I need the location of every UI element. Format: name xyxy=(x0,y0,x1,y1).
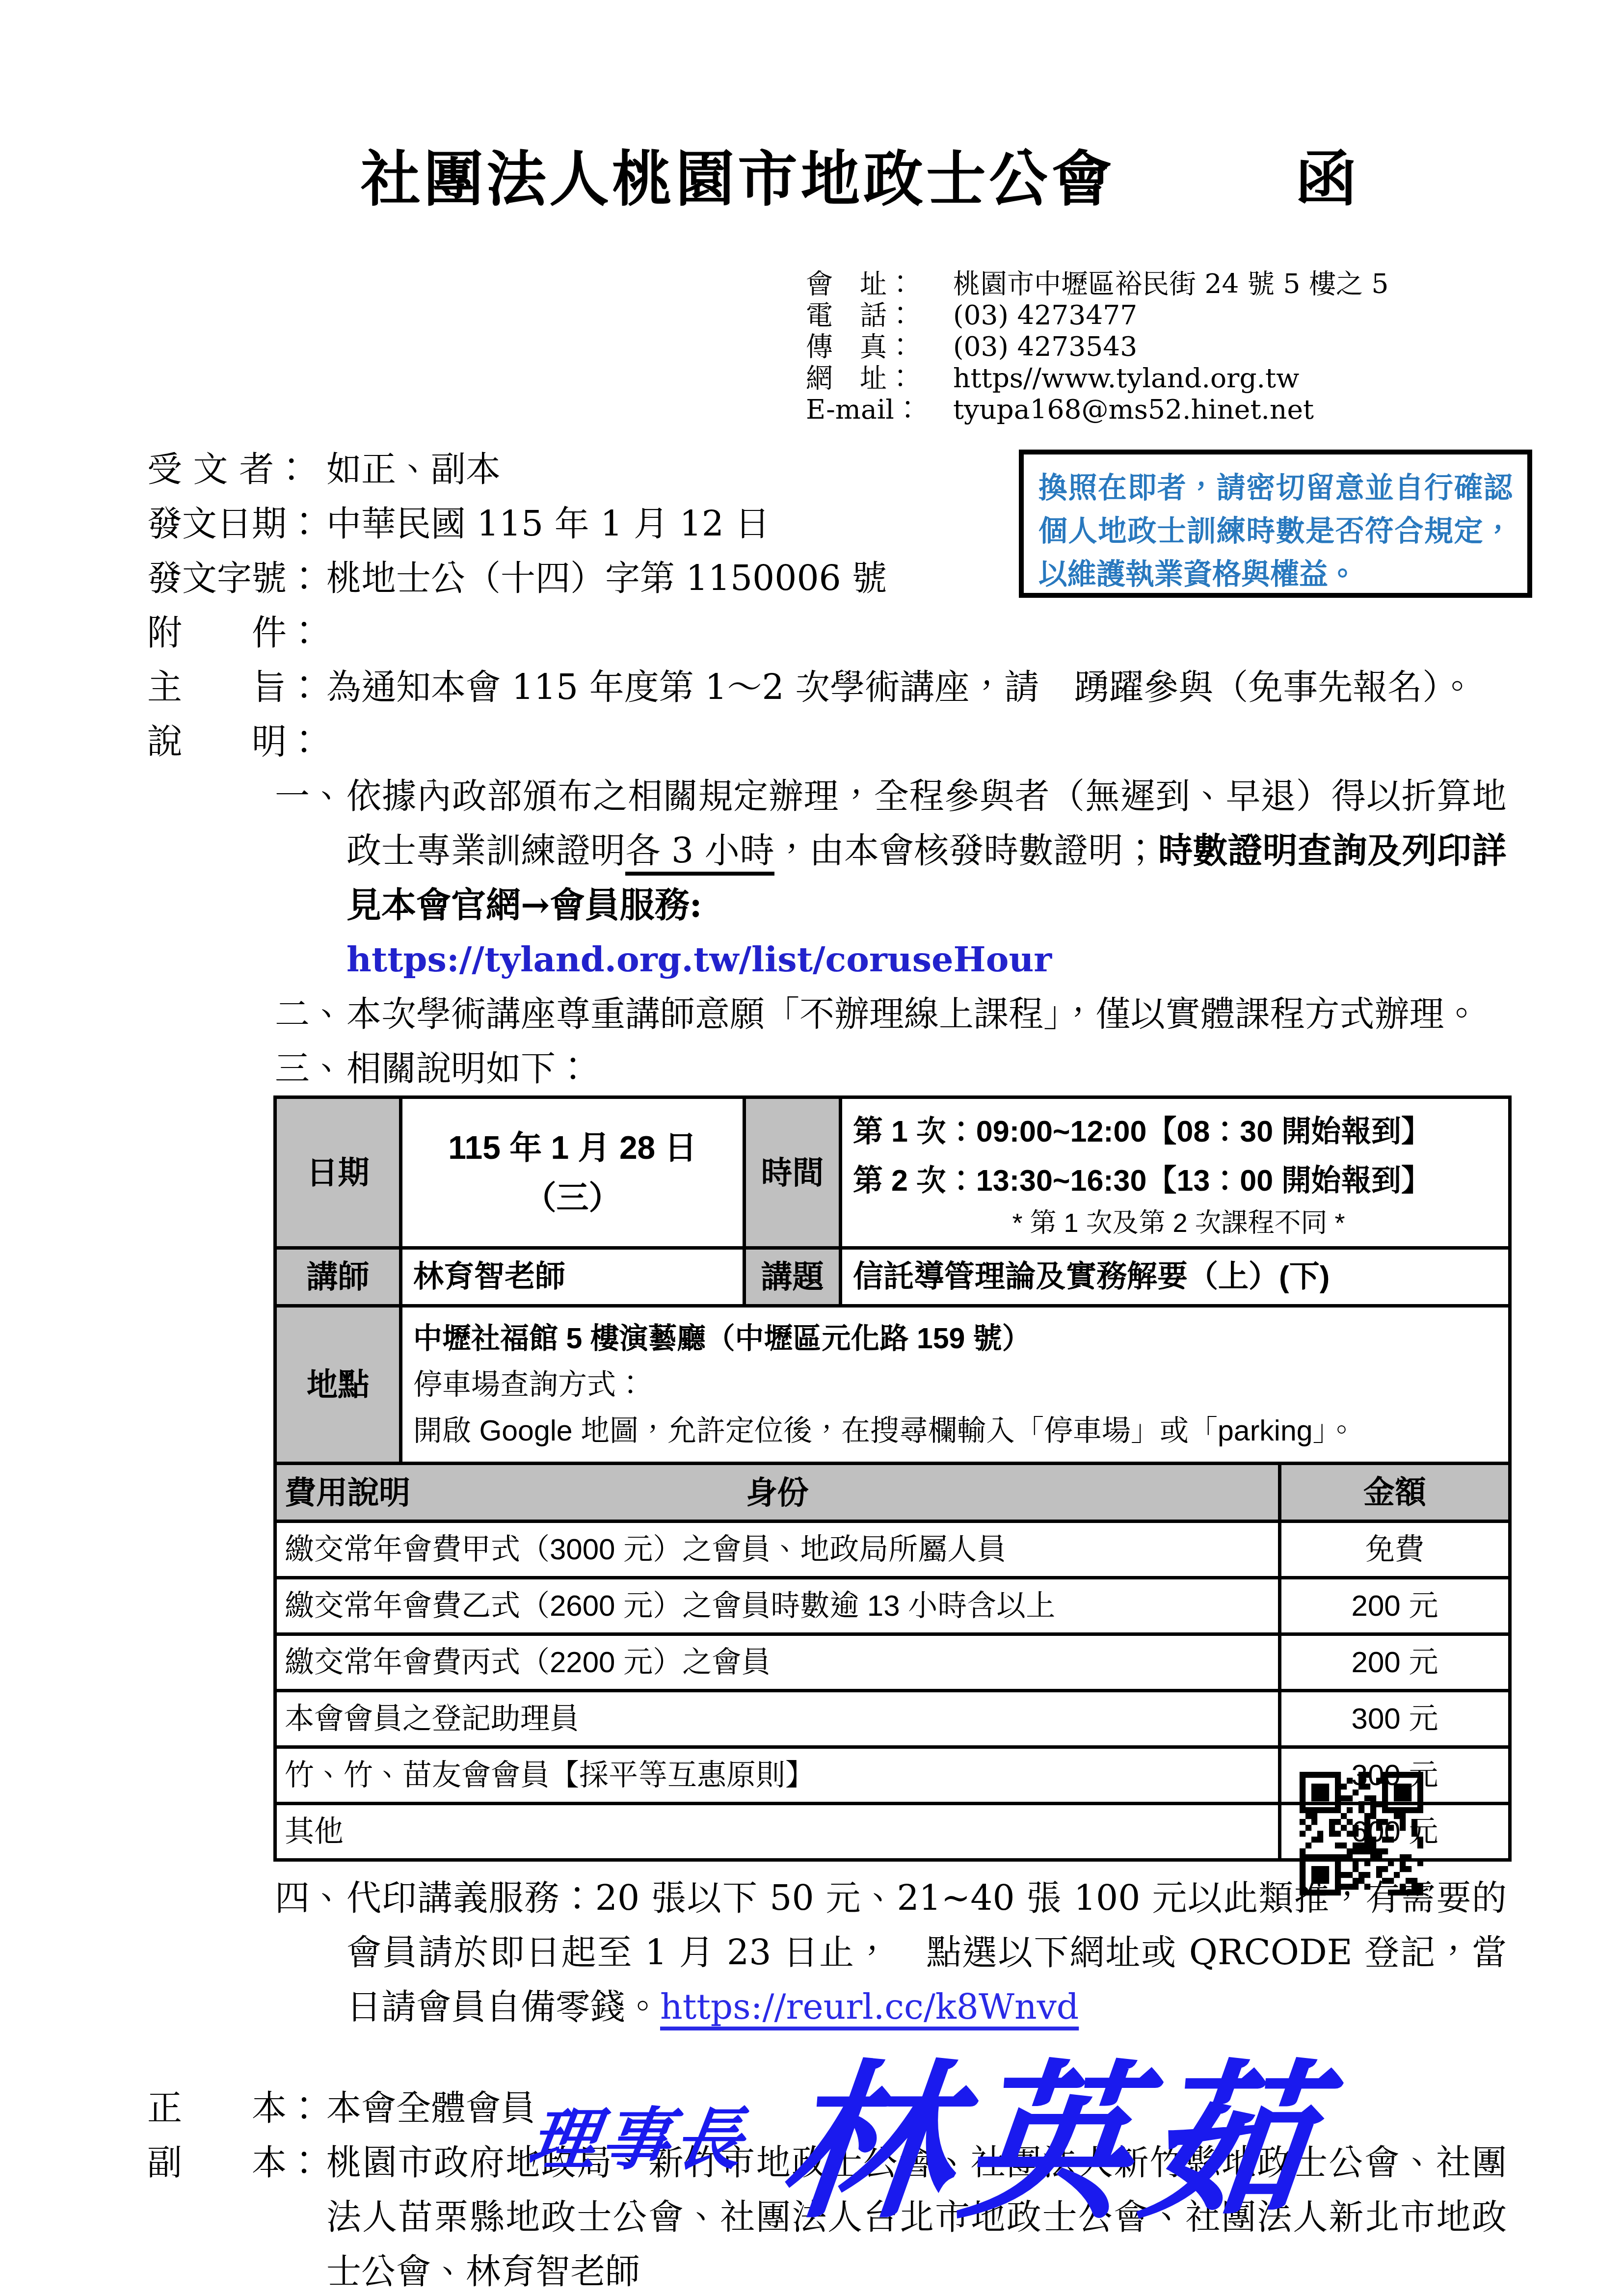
contact-phone-label: 電 話： xyxy=(806,299,953,331)
venue-line1: 中壢社福館 5 樓演藝廳（中壢區元化路 159 號） xyxy=(413,1315,1497,1362)
date-line1: 115 年 1 月 28 日 xyxy=(402,1122,743,1173)
contact-website-label: 網 址： xyxy=(806,362,953,394)
chairman-title: 理事長 xyxy=(523,2085,755,2183)
issue-date-row: 發文日期： 中華民國 115 年 1 月 12 日 xyxy=(147,496,1507,551)
fee-amount: 免費 xyxy=(1280,1522,1510,1578)
qr-code xyxy=(1300,1772,1423,1896)
subject-label: 主 旨： xyxy=(147,660,326,714)
attachment-label: 附 件： xyxy=(147,605,326,660)
attachment-row: 附 件： xyxy=(147,605,1507,660)
fee-row-1: 繳交常年會費甲式（3000 元）之會員、地政局所屬人員 免費 xyxy=(275,1522,1510,1578)
contact-email-line: E-mail： tyupa168@ms52.hinet.net xyxy=(806,394,1388,425)
carbon-copy-label: 副 本： xyxy=(147,2135,326,2296)
letter-body: 受 文 者： 如正、副本 發文日期： 中華民國 115 年 1 月 12 日 發… xyxy=(147,442,1507,2296)
contact-fax-line: 傳 真： (03) 4273543 xyxy=(806,331,1388,362)
fee-header-identity-cell: 費用說明 身份 xyxy=(275,1464,1280,1522)
time-session-1: 第 1 次：09:00~12:00【08：30 開始報到】 xyxy=(853,1107,1504,1156)
topic-value-cell: 信託導管理論及實務解要（上）(下) xyxy=(841,1248,1510,1306)
item-1-number: 一、 xyxy=(275,769,346,987)
fee-header-amount-cell: 金額 xyxy=(1280,1464,1510,1522)
fee-row-4: 本會會員之登記助理員 300 元 xyxy=(275,1691,1510,1747)
contact-phone-value: (03) 4273477 xyxy=(953,299,1137,331)
subject-value: 為通知本會 115 年度第 1～2 次學術講座，請 踴躍參與（免事先報名）。 xyxy=(326,660,1507,714)
issue-date-value: 中華民國 115 年 1 月 12 日 xyxy=(326,496,1507,551)
lecturer-header-cell: 講師 xyxy=(275,1248,401,1306)
date-value-cell: 115 年 1 月 28 日 （三） xyxy=(401,1097,745,1248)
handout-registration-link[interactable]: https://reurl.cc/k8Wnvd xyxy=(660,1986,1079,2027)
doc-type: 函 xyxy=(1296,141,1356,216)
lecturer-topic-row: 講師 林育智老師 講題 信託導管理論及實務解要（上）(下) xyxy=(275,1248,1510,1306)
item-2-text: 本次學術講座尊重講師意願「不辦理線上課程」，僅以實體課程方式辦理。 xyxy=(346,987,1507,1041)
contact-email-label: E-mail： xyxy=(806,394,953,425)
doc-number-row: 發文字號： 桃地士公（十四）字第 1150006 號 xyxy=(147,551,1507,605)
time-session-2: 第 2 次：13:30~16:30【13：00 開始報到】 xyxy=(853,1156,1504,1205)
item-3-text: 相關說明如下： xyxy=(346,1041,1507,1095)
explanation-item-1: 一、 依據內政部頒布之相關規定辦理，全程參與者（無遲到、早退）得以折算地政士專業… xyxy=(275,769,1507,987)
contact-phone-line: 電 話： (03) 4273477 xyxy=(806,299,1388,331)
signature-block: 理事長 林英茹 xyxy=(530,2054,1323,2232)
letter-title: 社團法人桃園市地政士公會 函 xyxy=(361,141,1356,216)
time-value-cell: 第 1 次：09:00~12:00【08：30 開始報到】 第 2 次：13:3… xyxy=(841,1097,1510,1248)
fee-amount: 200 元 xyxy=(1280,1634,1510,1691)
contact-address-label: 會 址： xyxy=(806,268,953,299)
fee-row-3: 繳交常年會費丙式（2200 元）之會員 200 元 xyxy=(275,1634,1510,1691)
venue-line3: 開啟 Google 地圖，允許定位後，在搜尋欄輸入「停車場」或「parking」… xyxy=(413,1408,1497,1454)
fee-header-desc: 費用說明 xyxy=(285,1465,410,1520)
fee-identity: 本會會員之登記助理員 xyxy=(275,1691,1280,1747)
attachment-value xyxy=(326,605,1507,660)
fee-identity: 繳交常年會費甲式（3000 元）之會員、地政局所屬人員 xyxy=(275,1522,1280,1578)
official-letter-page: { "header": { "org_name": "社團法人桃園市地政士公會"… xyxy=(0,0,1623,2296)
time-header-cell: 時間 xyxy=(745,1097,841,1248)
item-4-number: 四、 xyxy=(275,1870,346,2034)
explanation-label: 說 明： xyxy=(147,714,326,769)
fee-identity: 其他 xyxy=(275,1804,1280,1860)
date-time-row: 日期 115 年 1 月 28 日 （三） 時間 第 1 次：09:00~12:… xyxy=(275,1097,1510,1248)
original-copy-label: 正 本： xyxy=(147,2081,326,2135)
explanation-item-2: 二、 本次學術講座尊重講師意願「不辦理線上課程」，僅以實體課程方式辦理。 xyxy=(275,987,1507,1041)
item-1-segment-mid: ，由本會核發時數證明； xyxy=(774,830,1158,871)
fee-row-2: 繳交常年會費乙式（2600 元）之會員時數逾 13 小時含以上 200 元 xyxy=(275,1578,1510,1634)
fee-identity: 繳交常年會費乙式（2600 元）之會員時數逾 13 小時含以上 xyxy=(275,1578,1280,1634)
recipient-row: 受 文 者： 如正、副本 xyxy=(147,442,1507,496)
venue-value-cell: 中壢社福館 5 樓演藝廳（中壢區元化路 159 號） 停車場查詢方式： 開啟 G… xyxy=(401,1306,1510,1464)
contact-fax-label: 傳 真： xyxy=(806,331,953,362)
topic-header-cell: 講題 xyxy=(745,1248,841,1306)
contact-website-value: https//www.tyland.org.tw xyxy=(953,362,1299,394)
time-note: * 第 1 次及第 2 次課程不同 * xyxy=(853,1205,1504,1241)
org-name: 社團法人桃園市地政士公會 xyxy=(361,141,1115,216)
fee-amount: 200 元 xyxy=(1280,1578,1510,1634)
lecturer-value-cell: 林育智老師 xyxy=(401,1248,745,1306)
item-1-text: 依據內政部頒布之相關規定辦理，全程參與者（無遲到、早退）得以折算地政士專業訓練證… xyxy=(346,769,1507,987)
contact-email-value: tyupa168@ms52.hinet.net xyxy=(953,394,1314,425)
contact-fax-value: (03) 4273543 xyxy=(953,331,1137,362)
fee-amount: 300 元 xyxy=(1280,1691,1510,1747)
seminar-schedule-table: 日期 115 年 1 月 28 日 （三） 時間 第 1 次：09:00~12:… xyxy=(273,1095,1512,1465)
doc-number-value: 桃地士公（十四）字第 1150006 號 xyxy=(326,551,1507,605)
contact-block: 會 址： 桃園市中壢區裕民街 24 號 5 樓之 5 電 話： (03) 427… xyxy=(806,268,1388,425)
fee-identity: 繳交常年會費丙式（2200 元）之會員 xyxy=(275,1634,1280,1691)
fee-identity: 竹、竹、苗友會會員【採平等互惠原則】 xyxy=(275,1747,1280,1804)
subject-row: 主 旨： 為通知本會 115 年度第 1～2 次學術講座，請 踴躍參與（免事先報… xyxy=(147,660,1507,714)
chairman-name-signature: 林英茹 xyxy=(773,2054,1332,2232)
venue-line2: 停車場查詢方式： xyxy=(413,1362,1497,1408)
venue-row: 地點 中壢社福館 5 樓演藝廳（中壢區元化路 159 號） 停車場查詢方式： 開… xyxy=(275,1306,1510,1464)
contact-website-line: 網 址： https//www.tyland.org.tw xyxy=(806,362,1388,394)
recipient-label: 受 文 者： xyxy=(147,442,326,496)
explanation-heading: 說 明： xyxy=(147,714,1507,769)
seminar-table-wrap: 日期 115 年 1 月 28 日 （三） 時間 第 1 次：09:00~12:… xyxy=(273,1095,1508,1862)
item-3-number: 三、 xyxy=(275,1041,346,1095)
recipient-value: 如正、副本 xyxy=(326,442,1507,496)
issue-date-label: 發文日期： xyxy=(147,496,326,551)
contact-address-line: 會 址： 桃園市中壢區裕民街 24 號 5 樓之 5 xyxy=(806,268,1388,299)
explanation-item-3: 三、 相關說明如下： xyxy=(275,1041,1507,1095)
item-1-underlined-hours: 各 3 小時 xyxy=(625,830,774,876)
course-hour-link[interactable]: https://tyland.org.tw/list/coruseHour xyxy=(346,932,1507,987)
item-2-number: 二、 xyxy=(275,987,346,1041)
date-line2: （三） xyxy=(402,1173,743,1223)
venue-header-cell: 地點 xyxy=(275,1306,401,1464)
date-header-cell: 日期 xyxy=(275,1097,401,1248)
fee-header-identity: 身份 xyxy=(277,1471,1278,1514)
doc-number-label: 發文字號： xyxy=(147,551,326,605)
fee-header-row: 費用說明 身份 金額 xyxy=(275,1464,1510,1522)
contact-address-value: 桃園市中壢區裕民街 24 號 5 樓之 5 xyxy=(953,268,1388,299)
